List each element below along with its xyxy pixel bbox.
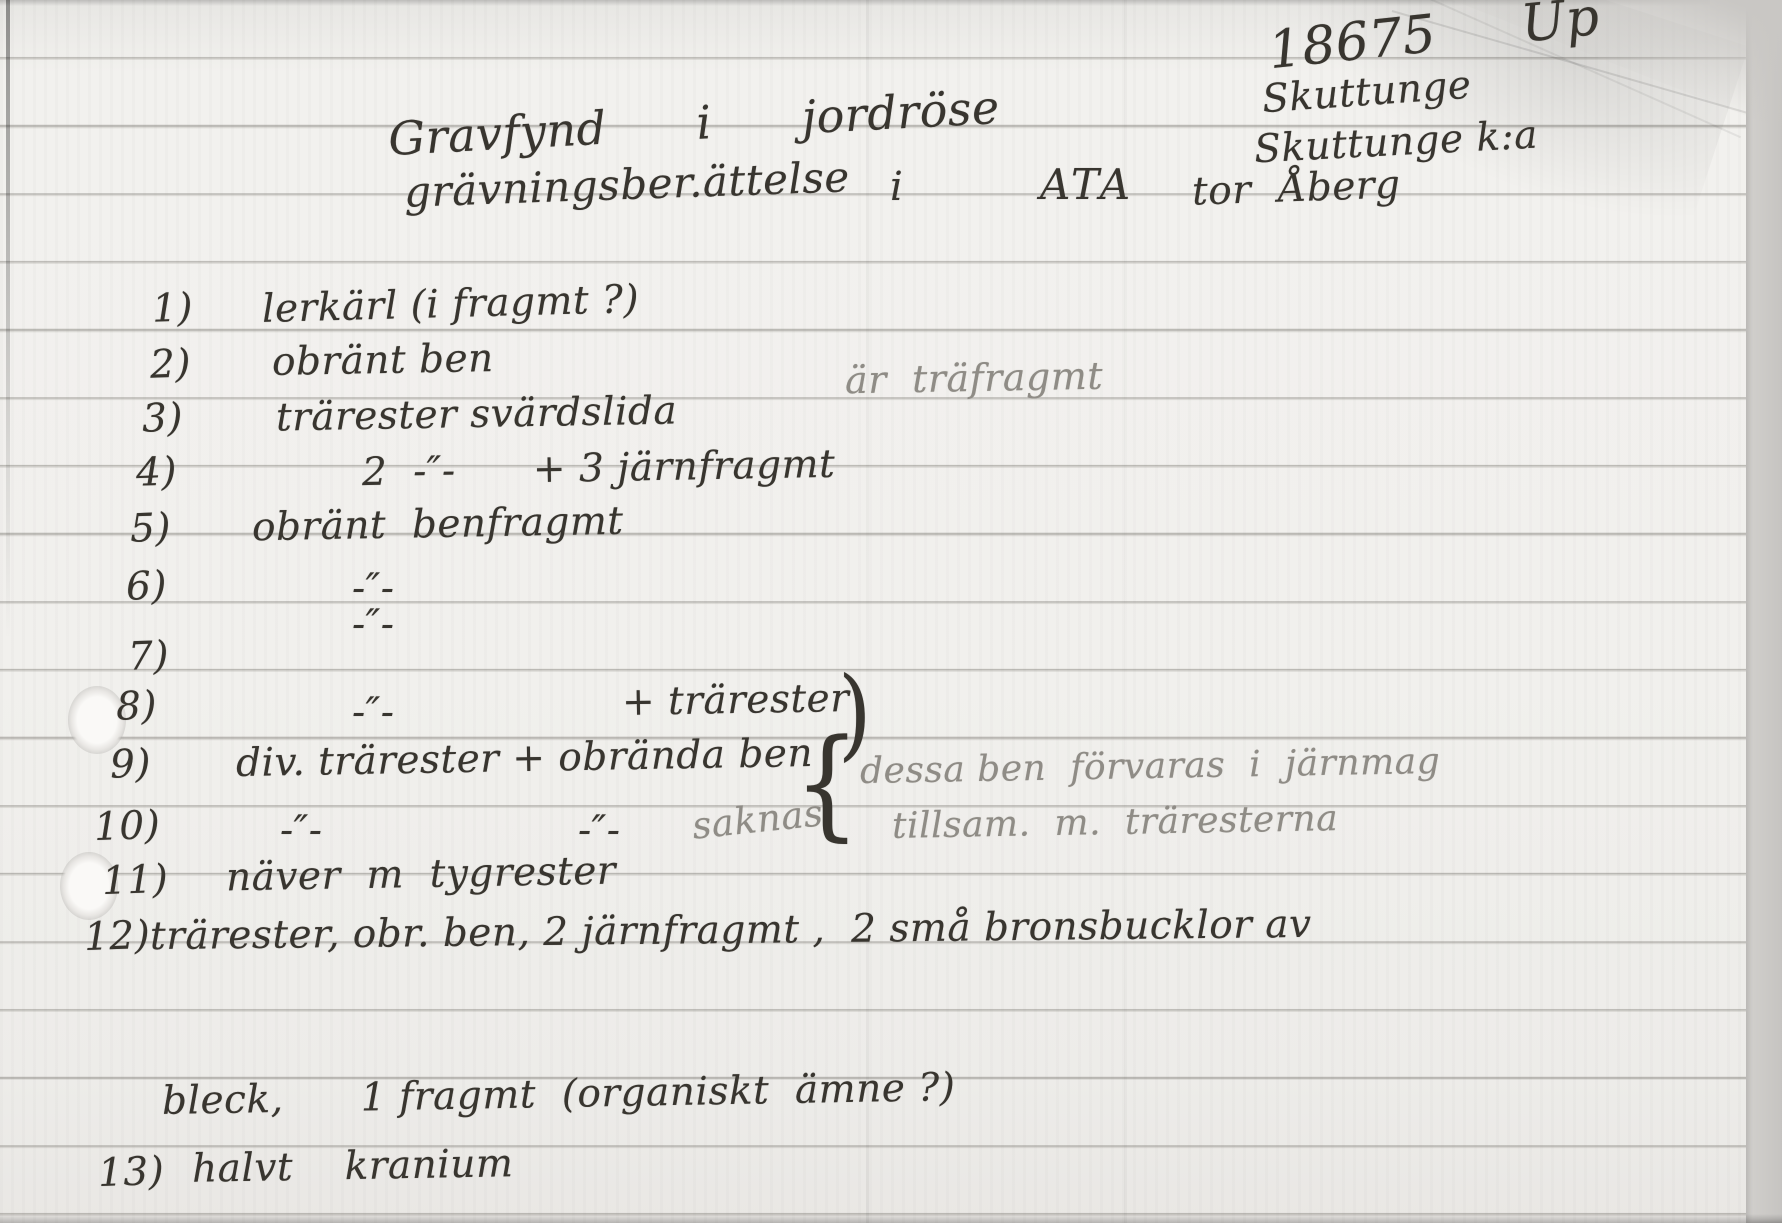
item-number-2: 2) bbox=[149, 341, 192, 387]
item-text-5: obränt benfragmt bbox=[252, 499, 624, 550]
item-ditto-8: -″- bbox=[352, 690, 394, 735]
pencil-note-item-2: är träfragmt bbox=[845, 354, 1104, 402]
item-text-11: näver m tygrester bbox=[226, 849, 617, 901]
item-text-13: halvt kranium bbox=[192, 1141, 514, 1192]
archive-abbreviation: ATA bbox=[1040, 160, 1133, 209]
item-number-3: 3) bbox=[141, 395, 184, 441]
item-text-2: obränt ben bbox=[272, 336, 494, 385]
title-particle: i bbox=[890, 164, 903, 210]
item-number-4: 4) bbox=[135, 449, 178, 495]
item-number-13: 13) bbox=[97, 1149, 165, 1196]
item-ditto-7: -″- bbox=[352, 602, 394, 647]
signature: tor Åberg bbox=[1191, 162, 1401, 214]
paper-bottom-edge bbox=[0, 1214, 1782, 1223]
item-ditto-10a: -″- bbox=[280, 808, 322, 853]
scanned-handwritten-note: { "page": { "header": { "id": "18675 Up"… bbox=[0, 0, 1782, 1223]
item-number-7: 7) bbox=[127, 633, 170, 679]
item-number-5: 5) bbox=[129, 505, 172, 551]
paper-left-edge bbox=[6, 0, 10, 640]
item-text-3: trärester svärdslida bbox=[276, 389, 678, 441]
item-number-9: 9) bbox=[109, 741, 152, 787]
item-number-8: 8) bbox=[115, 683, 158, 729]
paper-sheet bbox=[0, 0, 1746, 1223]
item-number-12: 12) bbox=[83, 913, 151, 960]
item-number-11: 11) bbox=[101, 857, 169, 904]
item-ditto-10b: -″- bbox=[578, 808, 620, 853]
item-text-4: 2 -″- + 3 järnfragmt bbox=[362, 442, 836, 495]
item-number-6: 6) bbox=[125, 563, 168, 609]
pencil-note-item-9-line2: tillsam. m. träresterna bbox=[892, 798, 1339, 847]
item-number-10: 10) bbox=[93, 803, 161, 850]
scanner-background bbox=[1746, 0, 1782, 1223]
item-number-1: 1) bbox=[151, 285, 194, 331]
vertical-crease bbox=[866, 0, 869, 1223]
